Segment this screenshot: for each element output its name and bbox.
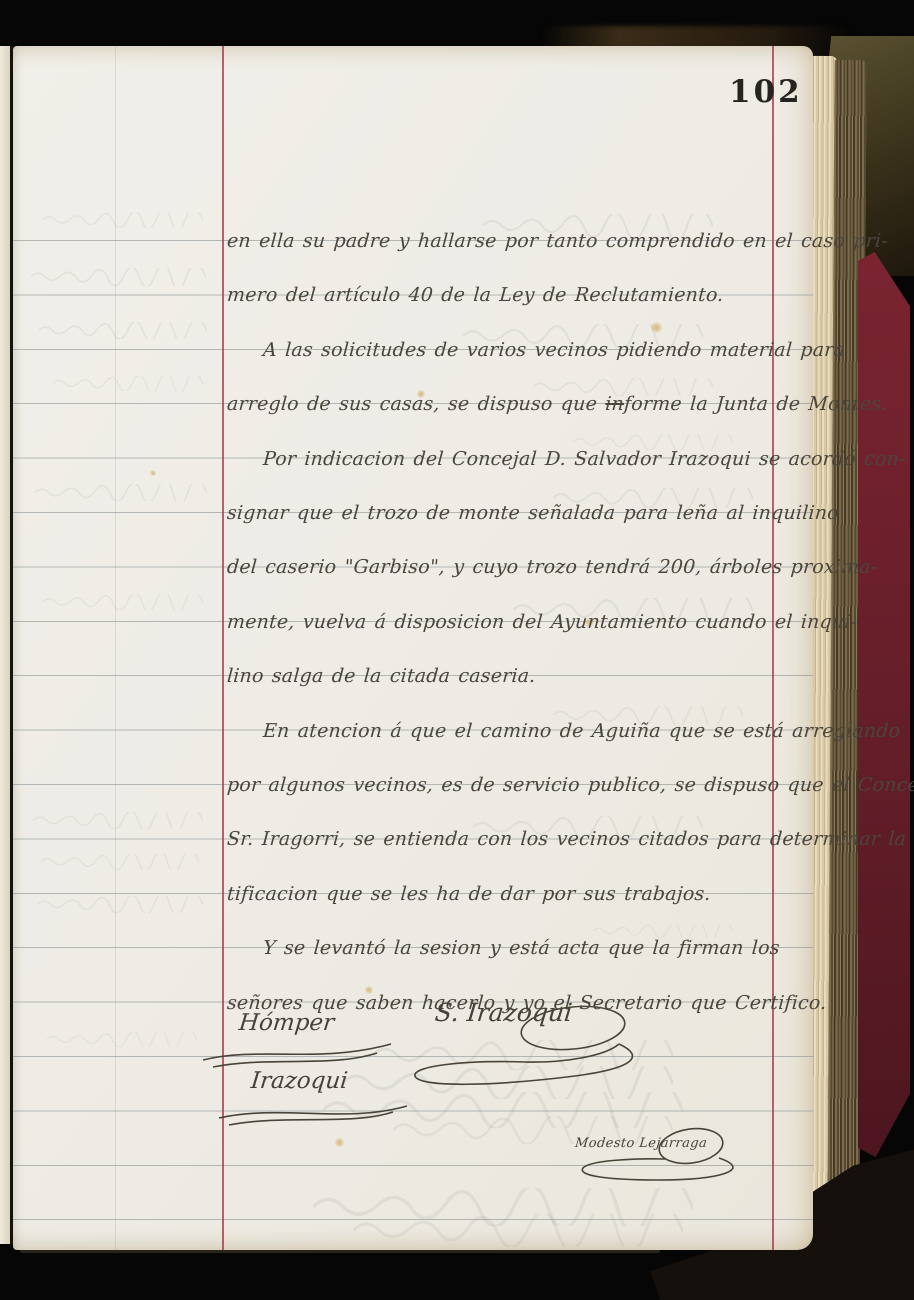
ink-bleedthrough: [33, 812, 203, 829]
ink-bleedthrough: [31, 268, 206, 286]
previous-page-edge: [0, 46, 10, 1244]
manuscript-line: Y se levantó la sesion y está acta que l…: [225, 923, 781, 977]
manuscript-line: signar que el trozo de monte señalada pa…: [225, 488, 841, 542]
manuscript-line: lino salga de la citada caseria.: [225, 651, 537, 705]
manuscript-line: en ella su padre y hallarse por tanto co…: [225, 216, 890, 270]
manuscript-line: Por indicacion del Concejal D. Salvador …: [225, 434, 907, 488]
ink-bleedthrough: [39, 322, 207, 339]
manuscript-line: Sr. Iragorri, se entienda con los vecino…: [225, 814, 914, 868]
ink-bleedthrough: [43, 212, 203, 228]
line-segment: forme la Junta de Montes.: [623, 393, 888, 415]
manuscript-line: arreglo de sus casas, se dispuso que inf…: [225, 379, 889, 433]
scanned-manuscript-photo: 102 en ella su: [0, 0, 914, 1300]
foxing-spot: [150, 470, 156, 476]
signature-flourish: [213, 1100, 413, 1130]
signature-flourish: [405, 1004, 660, 1096]
ink-bleedthrough: [43, 594, 203, 610]
signature-irazoqui: Irazoqui: [250, 1068, 349, 1094]
ink-bleedthrough: [47, 1032, 197, 1047]
struck-word: in: [605, 393, 625, 415]
ink-bleedthrough: [37, 896, 203, 913]
ledger-page: 102 en ella su: [13, 46, 813, 1250]
manuscript-line: del caserio "Garbiso", y cuyo trozo tend…: [225, 542, 879, 596]
manuscript-line: tificacion que se les ha de dar por sus …: [225, 869, 712, 923]
signature-flourish: [199, 1038, 399, 1070]
manuscript-line: mente, vuelva á disposicion del Ayuntami…: [225, 597, 859, 651]
manuscript-line: A las solicitudes de varios vecinos pidi…: [225, 325, 847, 379]
manuscript-line: por algunos vecinos, es de servicio publ…: [225, 760, 914, 814]
ink-bleedthrough: [53, 376, 203, 391]
signature-homper: Hómper: [238, 1010, 336, 1036]
manuscript-line: mero del artículo 40 de la Ley de Reclut…: [225, 270, 725, 324]
manuscript-line: En atencion á que el camino de Aguiña qu…: [225, 706, 902, 760]
ink-bleedthrough: [35, 484, 207, 501]
signature-flourish: [569, 1126, 769, 1188]
ink-bleedthrough: [41, 854, 199, 870]
line-segment: arreglo de sus casas, se dispuso que: [226, 393, 606, 415]
